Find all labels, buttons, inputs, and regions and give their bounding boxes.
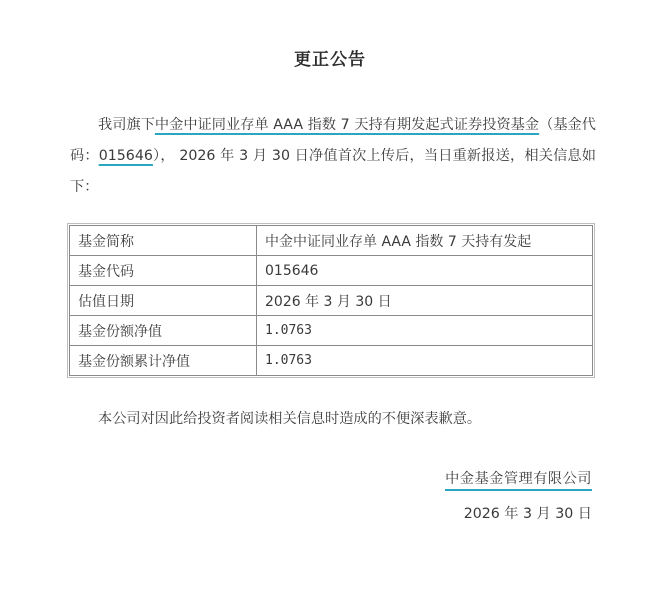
fund-code-link[interactable]: 015646 <box>99 148 153 164</box>
row-value: 1.0763 <box>257 346 593 376</box>
row-label: 基金代码 <box>70 256 257 286</box>
announcement-paragraph: 我司旗下中金中证同业存单 AAA 指数 7 天持有期发起式证券投资基金（基金代码… <box>70 110 596 203</box>
paragraph-prefix: 我司旗下 <box>98 117 155 133</box>
row-label: 基金份额累计净值 <box>70 346 257 376</box>
row-value: 015646 <box>257 256 593 286</box>
table-row: 基金份额净值 1.0763 <box>70 316 593 346</box>
table-row: 估值日期 2026 年 3 月 30 日 <box>70 286 593 316</box>
signature-block: 中金基金管理有限公司 2026 年 3 月 30 日 <box>445 468 592 523</box>
fund-info-table: 基金简称 中金中证同业存单 AAA 指数 7 天持有发起 基金代码 015646… <box>69 225 593 376</box>
row-label: 估值日期 <box>70 286 257 316</box>
row-label: 基金简称 <box>70 226 257 256</box>
row-value: 中金中证同业存单 AAA 指数 7 天持有发起 <box>257 226 593 256</box>
row-value: 1.0763 <box>257 316 593 346</box>
closing-statement: 本公司对因此给投资者阅读相关信息时造成的不便深表歉意。 <box>98 408 481 428</box>
fund-full-name-link[interactable]: 中金中证同业存单 AAA 指数 7 天持有期发起式证券投资基金 <box>155 117 539 133</box>
table-row: 基金代码 015646 <box>70 256 593 286</box>
row-label: 基金份额净值 <box>70 316 257 346</box>
announcement-title: 更正公告 <box>0 45 660 70</box>
row-value: 2026 年 3 月 30 日 <box>257 286 593 316</box>
signature-date: 2026 年 3 月 30 日 <box>445 503 592 523</box>
company-name-link[interactable]: 中金基金管理有限公司 <box>445 468 592 491</box>
table-row: 基金份额累计净值 1.0763 <box>70 346 593 376</box>
table-row: 基金简称 中金中证同业存单 AAA 指数 7 天持有发起 <box>70 226 593 256</box>
